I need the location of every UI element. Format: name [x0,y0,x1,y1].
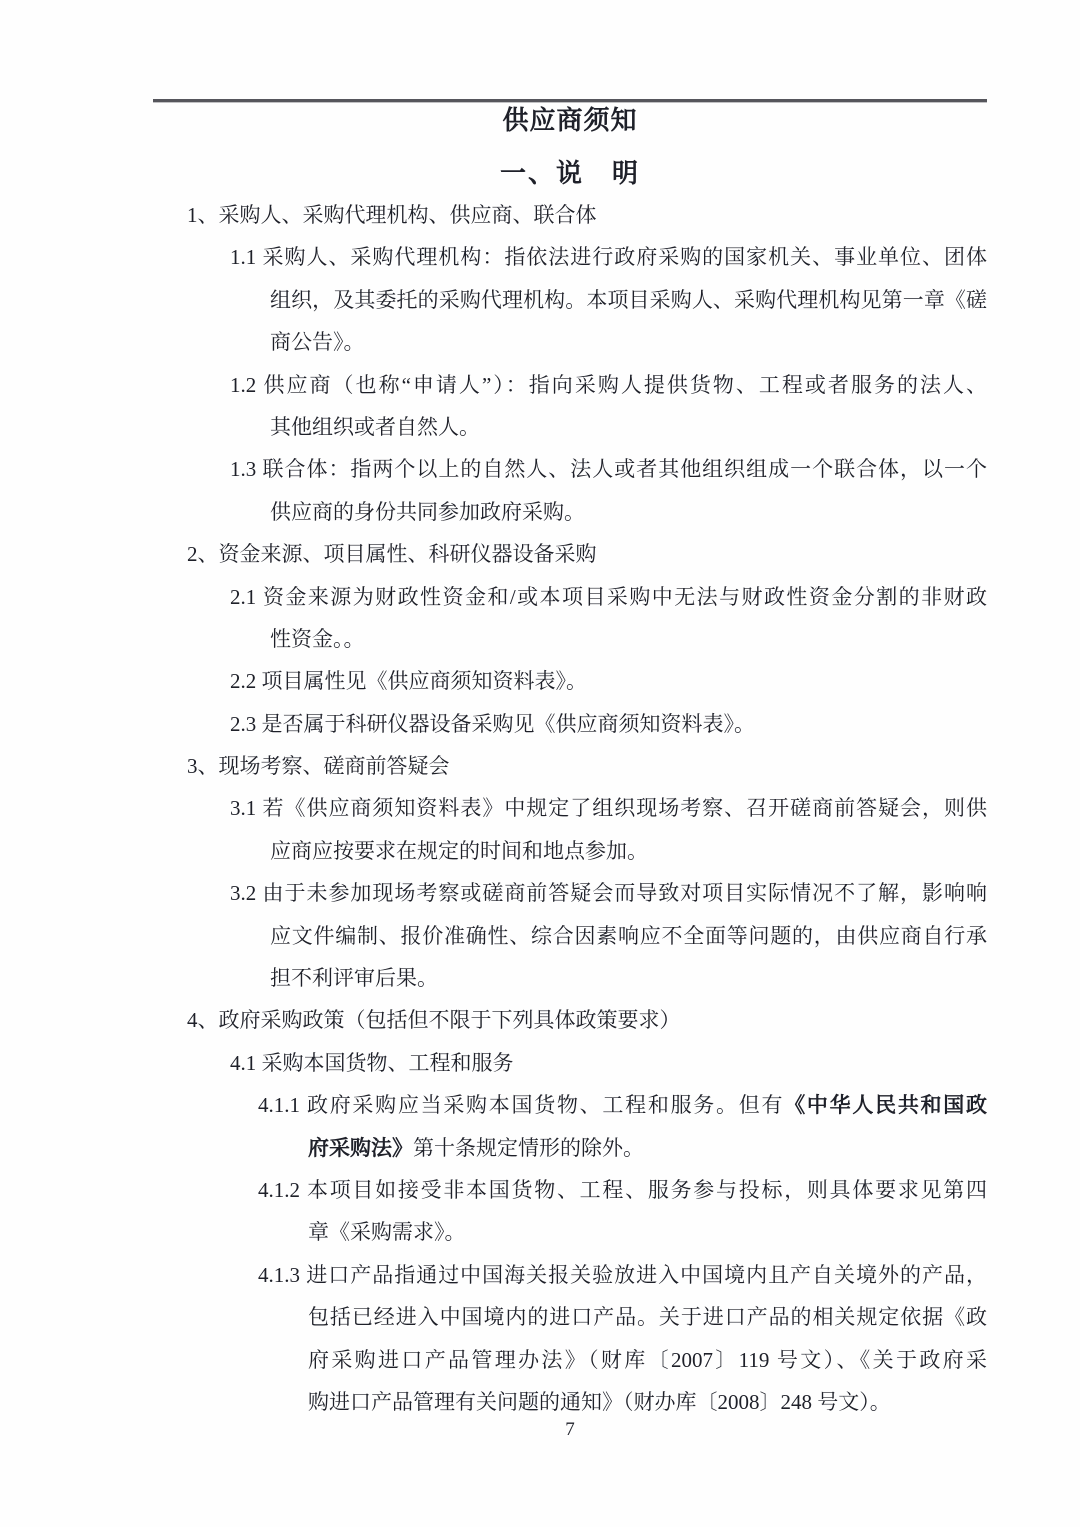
bold-text-segment: 府采购法》 [308,1136,413,1160]
text-line: 供应商的身份共同参加政府采购。 [153,491,987,533]
text-segment: 3、现场考察、磋商前答疑会 [187,754,450,778]
text-line: 3、现场考察、磋商前答疑会 [153,745,987,787]
text-segment: 4、政府采购政策（包括但不限于下列具体政策要求） [187,1008,681,1032]
text-line: 4、政府采购政策（包括但不限于下列具体政策要求） [153,999,987,1041]
text-line: 包括已经进入中国境内的进口产品。关于进口产品的相关规定依据《政 [153,1296,987,1338]
text-segment: 1.3 联合体：指两个以上的自然人、法人或者其他组织组成一个联合体，以一个 [230,457,987,481]
text-segment: 府采购进口产品管理办法》（财库〔2007〕119 号文）、《关于政府采 [308,1348,987,1372]
section-heading: 一、说 明 [153,156,987,192]
text-segment: 商公告》。 [270,330,365,354]
text-line: 4.1.2 本项目如接受非本国货物、工程、服务参与投标，则具体要求见第四 [153,1169,987,1211]
text-line: 2、资金来源、项目属性、科研仪器设备采购 [153,533,987,575]
text-segment: 应文件编制、报价准确性、综合因素响应不全面等问题的，由供应商自行承 [270,924,987,948]
text-segment: 4.1.1 政府采购应当采购本国货物、工程和服务。但有 [258,1093,784,1117]
text-segment: 购进口产品管理有关问题的通知》（财办库〔2008〕248 号文）。 [308,1390,891,1414]
text-segment: 第十条规定情形的除外。 [413,1136,644,1160]
text-line: 2.1 资金来源为财政性资金和/或本项目采购中无法与财政性资金分割的非财政 [153,576,987,618]
text-line: 4.1.1 政府采购应当采购本国货物、工程和服务。但有《中华人民共和国政 [153,1084,987,1126]
text-segment: 包括已经进入中国境内的进口产品。关于进口产品的相关规定依据《政 [308,1305,987,1329]
text-segment: 2、资金来源、项目属性、科研仪器设备采购 [187,542,597,566]
text-line: 府采购进口产品管理办法》（财库〔2007〕119 号文）、《关于政府采 [153,1339,987,1381]
text-line: 1.2 供应商（也称“申请人”）：指向采购人提供货物、工程或者服务的法人、 [153,364,987,406]
text-line: 4.1.3 进口产品指通过中国海关报关验放进入中国境内且产自关境外的产品， [153,1254,987,1296]
text-segment: 其他组织或者自然人。 [270,415,480,439]
text-line: 应文件编制、报价准确性、综合因素响应不全面等问题的，由供应商自行承 [153,915,987,957]
bold-text-segment: 《中华人民共和国政 [784,1093,987,1117]
header-rule [153,99,987,102]
page-content: 供应商须知 一、说 明 1、采购人、采购代理机构、供应商、联合体1.1 采购人、… [153,0,987,1527]
text-segment: 章《采购需求》。 [308,1220,466,1244]
document-page: 供应商须知 一、说 明 1、采购人、采购代理机构、供应商、联合体1.1 采购人、… [0,0,1080,1527]
text-segment: 3.2 由于未参加现场考察或磋商前答疑会而导致对项目实际情况不了解，影响响 [230,881,987,905]
text-line: 应商应按要求在规定的时间和地点参加。 [153,830,987,872]
text-segment: 2.1 资金来源为财政性资金和/或本项目采购中无法与财政性资金分割的非财政 [230,585,987,609]
text-line: 其他组织或者自然人。 [153,406,987,448]
text-line: 府采购法》第十条规定情形的除外。 [153,1127,987,1169]
text-segment: 3.1 若《供应商须知资料表》中规定了组织现场考察、召开磋商前答疑会，则供 [230,796,987,820]
text-line: 2.3 是否属于科研仪器设备采购见《供应商须知资料表》。 [153,703,987,745]
text-segment: 应商应按要求在规定的时间和地点参加。 [270,839,648,863]
text-line: 1.3 联合体：指两个以上的自然人、法人或者其他组织组成一个联合体，以一个 [153,448,987,490]
text-segment: 1.1 采购人、采购代理机构：指依法进行政府采购的国家机关、事业单位、团体 [230,245,987,269]
text-line: 章《采购需求》。 [153,1211,987,1253]
text-segment: 2.3 是否属于科研仪器设备采购见《供应商须知资料表》。 [230,712,755,736]
text-line: 4.1 采购本国货物、工程和服务 [153,1042,987,1084]
page-number: 7 [153,1416,987,1444]
text-line: 性资金。。 [153,618,987,660]
text-segment: 担不利评审后果。 [270,966,438,990]
text-segment: 供应商的身份共同参加政府采购。 [270,500,585,524]
text-segment: 性资金。。 [270,627,365,651]
text-segment: 1、采购人、采购代理机构、供应商、联合体 [187,203,597,227]
text-segment: 4.1 采购本国货物、工程和服务 [230,1051,514,1075]
text-line: 1、采购人、采购代理机构、供应商、联合体 [153,194,987,236]
document-body: 1、采购人、采购代理机构、供应商、联合体1.1 采购人、采购代理机构：指依法进行… [153,194,987,1423]
text-segment: 4.1.3 进口产品指通过中国海关报关验放进入中国境内且产自关境外的产品， [258,1263,987,1287]
text-line: 3.1 若《供应商须知资料表》中规定了组织现场考察、召开磋商前答疑会，则供 [153,787,987,829]
page-title: 供应商须知 [153,104,987,138]
text-line: 2.2 项目属性见《供应商须知资料表》。 [153,660,987,702]
text-segment: 4.1.2 本项目如接受非本国货物、工程、服务参与投标，则具体要求见第四 [258,1178,987,1202]
text-line: 商公告》。 [153,321,987,363]
text-segment: 2.2 项目属性见《供应商须知资料表》。 [230,669,587,693]
text-segment: 组织，及其委托的采购代理机构。本项目采购人、采购代理机构见第一章《磋 [270,288,987,312]
text-segment: 1.2 供应商（也称“申请人”）：指向采购人提供货物、工程或者服务的法人、 [230,373,987,397]
text-line: 组织，及其委托的采购代理机构。本项目采购人、采购代理机构见第一章《磋 [153,279,987,321]
text-line: 3.2 由于未参加现场考察或磋商前答疑会而导致对项目实际情况不了解，影响响 [153,872,987,914]
text-line: 1.1 采购人、采购代理机构：指依法进行政府采购的国家机关、事业单位、团体 [153,236,987,278]
text-line: 担不利评审后果。 [153,957,987,999]
